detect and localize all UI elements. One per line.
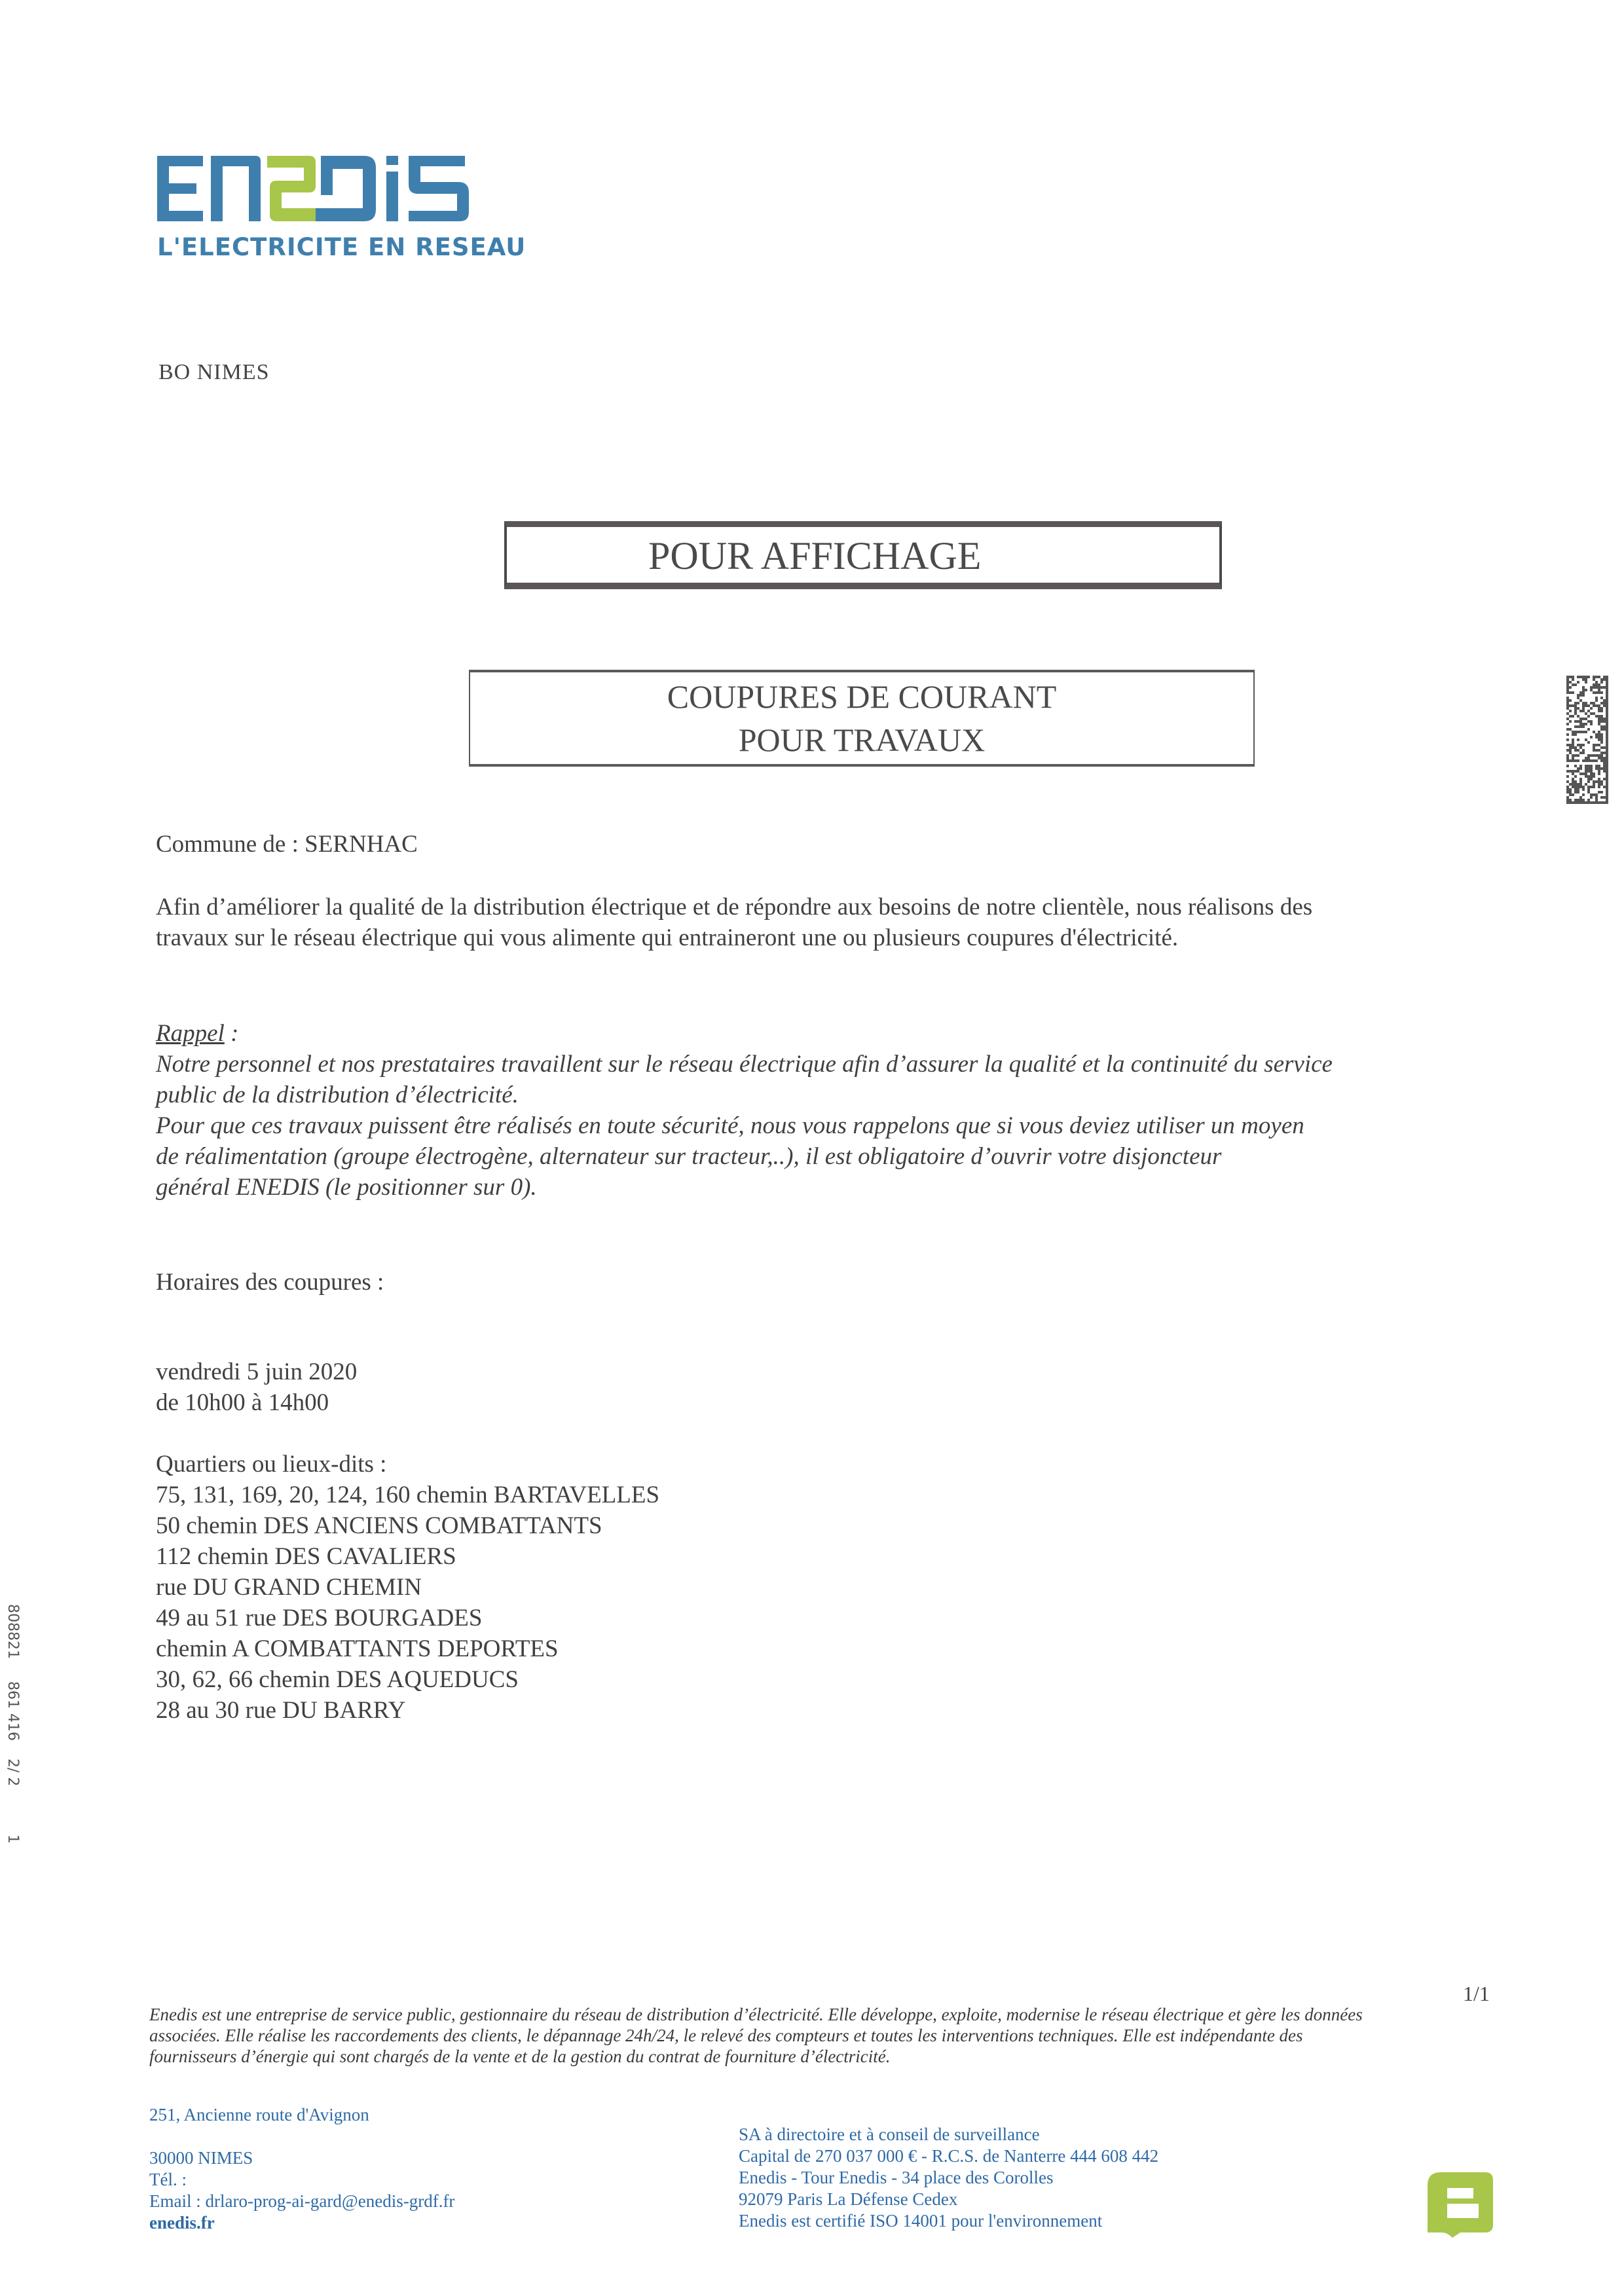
website-link[interactable]: enedis.fr: [149, 2212, 454, 2234]
corporate-info: SA à directoire et à conseil de surveill…: [739, 2124, 1158, 2232]
reminder-title: Rappel: [156, 1020, 225, 1047]
sender-office: BO NIMES: [158, 360, 270, 385]
reminder-line: Pour que ces travaux puissent être réali…: [156, 1110, 1531, 1141]
corporate-line: SA à directoire et à conseil de surveill…: [739, 2124, 1158, 2145]
intro-paragraph: Afin d’améliorer la qualité de la distri…: [156, 892, 1531, 953]
outage-date: vendredi 5 juin 2020: [156, 1357, 357, 1387]
subtitle-box: COUPURES DE COURANT POUR TRAVAUX: [469, 670, 1255, 767]
location-item: 50 chemin DES ANCIENS COMBATTANTS: [156, 1510, 659, 1541]
corporate-line: Enedis - Tour Enedis - 34 place des Coro…: [739, 2167, 1158, 2189]
address-city: 30000 NIMES: [149, 2147, 454, 2169]
location-item: 75, 131, 169, 20, 124, 160 chemin BARTAV…: [156, 1480, 659, 1510]
location-item: 112 chemin DES CAVALIERS: [156, 1541, 659, 1572]
address-street: 251, Ancienne route d'Avignon: [149, 2104, 454, 2126]
title-box: POUR AFFICHAGE: [504, 521, 1222, 589]
side-ref-2: 861 416: [5, 1681, 21, 1741]
legal-line: fournisseurs d’énergie qui sont chargés …: [149, 2046, 1524, 2067]
location-item: 49 au 51 rue DES BOURGADES: [156, 1603, 659, 1633]
reminder-line: public de la distribution d’électricité.: [156, 1080, 1531, 1110]
legal-line: Enedis est une entreprise de service pub…: [149, 2004, 1524, 2025]
locations-heading: Quartiers ou lieux-dits :: [156, 1449, 659, 1480]
corporate-line: Enedis est certifié ISO 14001 pour l'env…: [739, 2210, 1158, 2232]
corporate-line: Capital de 270 037 000 € - R.C.S. de Nan…: [739, 2145, 1158, 2167]
reminder-line: de réalimentation (groupe électrogène, a…: [156, 1141, 1531, 1172]
commune-label: Commune de : SERNHAC: [156, 829, 418, 860]
reminder-title-colon: :: [225, 1020, 239, 1047]
logo-tagline: L'ELECTRICITE EN RESEAU: [157, 233, 526, 261]
outage-time: de 10h00 à 14h00: [156, 1387, 357, 1418]
schedule-block: vendredi 5 juin 2020 de 10h00 à 14h00: [156, 1357, 357, 1418]
reminder-section: Rappel : Notre personnel et nos prestata…: [156, 1018, 1531, 1203]
side-ref-1: 808821: [5, 1604, 21, 1659]
legal-notice: Enedis est une entreprise de service pub…: [149, 2004, 1524, 2067]
enedis-emblem-icon: [1428, 2172, 1493, 2238]
enedis-logo: [157, 156, 511, 221]
schedule-heading: Horaires des coupures :: [156, 1267, 384, 1298]
side-reference: 808821 861 416 2/ 2 1: [4, 1604, 24, 1866]
corporate-line: 92079 Paris La Défense Cedex: [739, 2189, 1158, 2210]
subtitle-line-2: POUR TRAVAUX: [470, 718, 1253, 761]
address-email[interactable]: Email : drlaro-prog-ai-gard@enedis-grdf.…: [149, 2191, 454, 2212]
locations-list: Quartiers ou lieux-dits : 75, 131, 169, …: [156, 1449, 659, 1726]
reminder-line: général ENEDIS (le positionner sur 0).: [156, 1172, 1531, 1203]
subtitle-line-1: COUPURES DE COURANT: [470, 675, 1253, 718]
side-ref-3: 2/ 2: [5, 1758, 21, 1786]
main-title: POUR AFFICHAGE: [648, 534, 981, 579]
location-item: rue DU GRAND CHEMIN: [156, 1572, 659, 1603]
office-address: 251, Ancienne route d'Avignon 30000 NIME…: [149, 2104, 454, 2234]
address-tel: Tél. :: [149, 2169, 454, 2191]
location-item: 28 au 30 rue DU BARRY: [156, 1695, 659, 1726]
intro-line: travaux sur le réseau électrique qui vou…: [156, 922, 1531, 953]
location-item: 30, 62, 66 chemin DES AQUEDUCS: [156, 1664, 659, 1695]
location-item: chemin A COMBATTANTS DEPORTES: [156, 1633, 659, 1664]
side-ref-4: 1: [5, 1834, 21, 1844]
intro-line: Afin d’améliorer la qualité de la distri…: [156, 892, 1531, 922]
datamatrix-code-icon: [1566, 676, 1608, 804]
legal-line: associées. Elle réalise les raccordement…: [149, 2025, 1524, 2046]
reminder-line: Notre personnel et nos prestataires trav…: [156, 1049, 1531, 1080]
page-number: 1/1: [1463, 1982, 1490, 2006]
